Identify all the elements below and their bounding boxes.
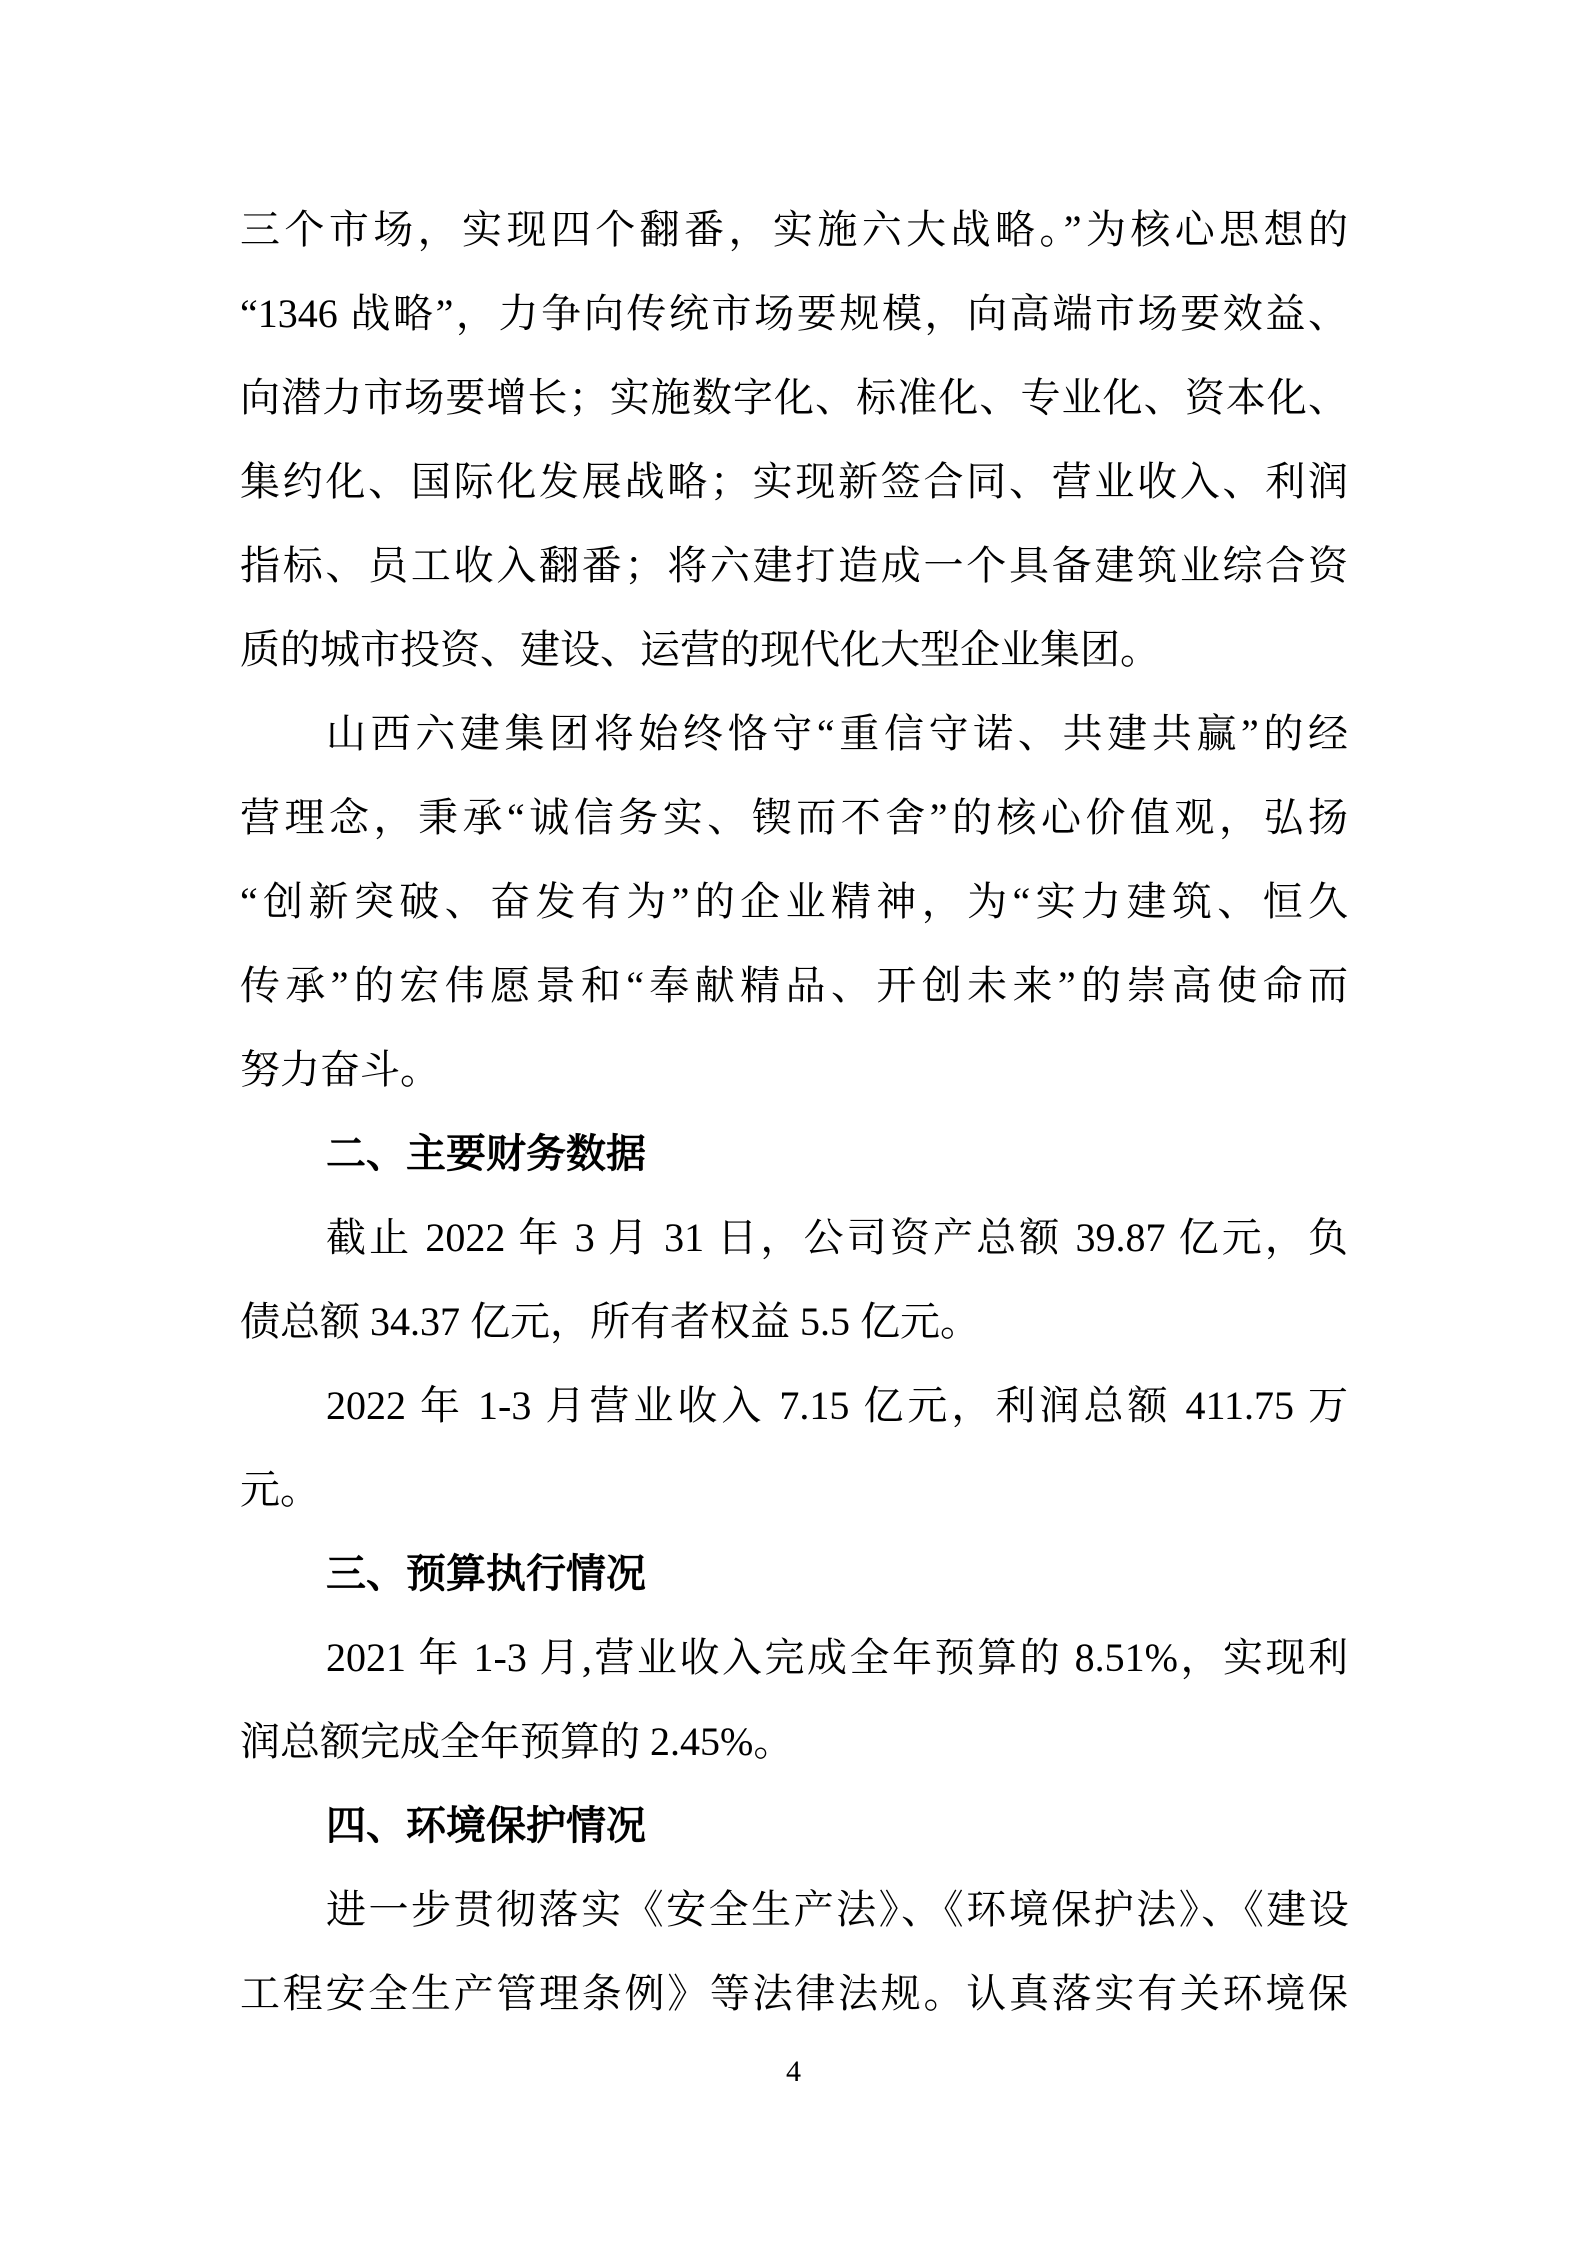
doc-line: 努力奋斗。	[240, 1028, 1348, 1112]
doc-line: 进一步贯彻落实《安全生产法》、《环境保护法》、《建设	[240, 1868, 1348, 1952]
doc-line: 营理念，秉承“诚信务实、锲而不舍”的核心价值观，弘扬	[240, 776, 1348, 860]
page-number: 4	[0, 2050, 1587, 2094]
doc-line: 润总额完成全年预算的 2.45%。	[240, 1700, 1348, 1784]
doc-line: 集约化、国际化发展战略；实现新签合同、营业收入、利润	[240, 440, 1348, 524]
doc-line: 指标、员工收入翻番；将六建打造成一个具备建筑业综合资	[240, 524, 1348, 608]
doc-line: 2022 年 1-3 月营业收入 7.15 亿元，利润总额 411.75 万	[240, 1364, 1348, 1448]
doc-line: 三个市场，实现四个翻番，实施六大战略。”为核心思想的	[240, 188, 1348, 272]
doc-line: 向潜力市场要增长；实施数字化、标准化、专业化、资本化、	[240, 356, 1348, 440]
text-block: 三个市场，实现四个翻番，实施六大战略。”为核心思想的 “1346 战略”，力争向…	[240, 188, 1348, 2036]
doc-line: 传承”的宏伟愿景和“奉献精品、开创未来”的崇高使命而	[240, 944, 1348, 1028]
doc-line: 截止 2022 年 3 月 31 日，公司资产总额 39.87 亿元，负	[240, 1196, 1348, 1280]
doc-line: 2021 年 1-3 月,营业收入完成全年预算的 8.51%，实现利	[240, 1616, 1348, 1700]
doc-line: “1346 战略”，力争向传统市场要规模，向高端市场要效益、	[240, 272, 1348, 356]
document-page: 三个市场，实现四个翻番，实施六大战略。”为核心思想的 “1346 战略”，力争向…	[0, 0, 1587, 2245]
doc-line: 工程安全生产管理条例》等法律法规。认真落实有关环境保	[240, 1952, 1348, 2036]
doc-line: 山西六建集团将始终恪守“重信守诺、共建共赢”的经	[240, 692, 1348, 776]
section-heading-environment: 四、环境保护情况	[240, 1784, 1348, 1868]
section-heading-budget: 三、预算执行情况	[240, 1532, 1348, 1616]
doc-line: “创新突破、奋发有为”的企业精神，为“实力建筑、恒久	[240, 860, 1348, 944]
doc-line: 质的城市投资、建设、运营的现代化大型企业集团。	[240, 608, 1348, 692]
section-heading-finance: 二、主要财务数据	[240, 1112, 1348, 1196]
doc-line: 元。	[240, 1448, 1348, 1532]
doc-line: 债总额 34.37 亿元，所有者权益 5.5 亿元。	[240, 1280, 1348, 1364]
